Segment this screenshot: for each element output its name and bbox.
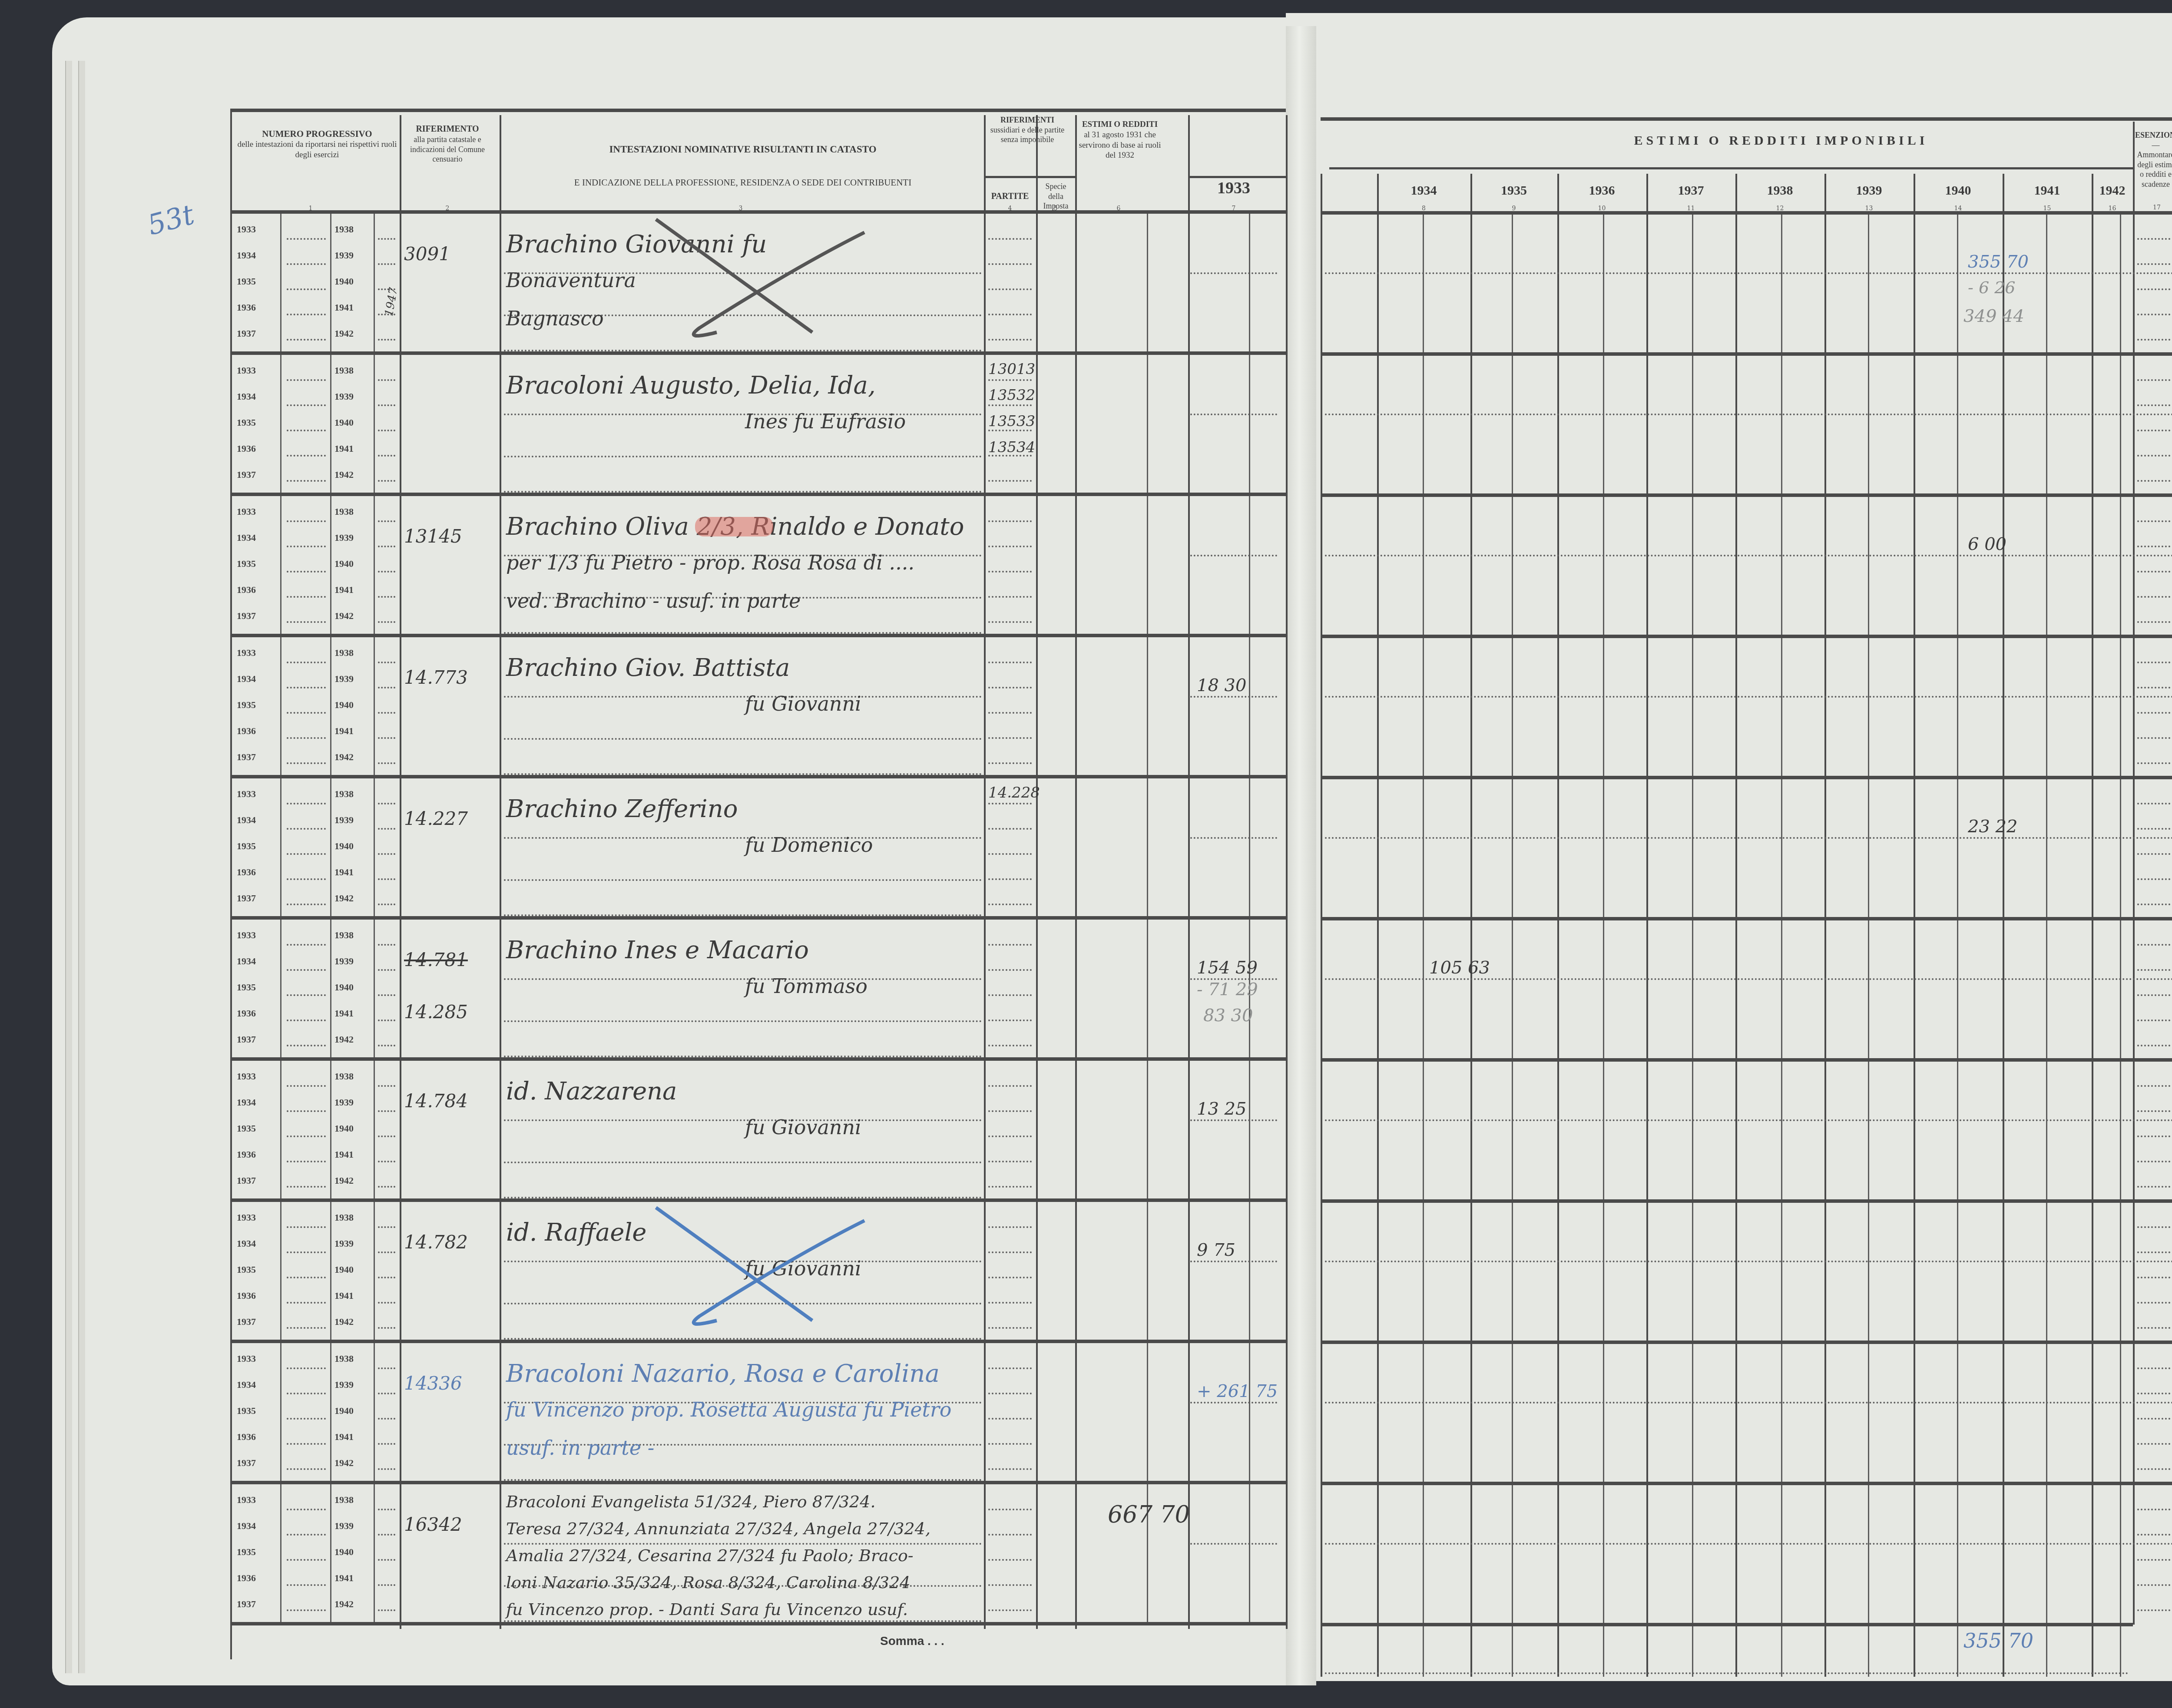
- column-rule: [1914, 174, 1915, 1677]
- column-rule: [1646, 174, 1648, 1677]
- dotted-line: [287, 238, 326, 240]
- column-rule: [1377, 174, 1379, 1677]
- year-label: 1933: [237, 930, 256, 941]
- colnum-11: 11: [1646, 205, 1735, 212]
- partita-number: 14.782: [404, 1231, 468, 1253]
- dotted-line: [988, 263, 1032, 265]
- dotted-line: [2137, 878, 2172, 880]
- dotted-line: [378, 1020, 395, 1021]
- dotted-line: [1190, 1119, 1277, 1121]
- value-1935: 105 63: [1429, 958, 1490, 978]
- page-edges-left: [65, 61, 72, 1673]
- dotted-line: [2137, 1161, 2172, 1162]
- taxpayer-name-line: fu Domenico: [745, 833, 873, 857]
- header-col2: RIFERIMENTO alla partita catastale e ind…: [400, 124, 495, 164]
- dotted-line: [2137, 687, 2172, 688]
- dotted-line: [2137, 455, 2172, 457]
- dotted-line: [504, 1162, 982, 1163]
- header-col6-title: ESTIMI O REDDITI: [1076, 119, 1163, 130]
- dotted-line: [988, 853, 1032, 855]
- column-rule: [1321, 174, 1322, 1677]
- dotted-line: [1190, 837, 1277, 839]
- dotted-line: [287, 1085, 326, 1087]
- value-1941-total: 349 44: [1963, 306, 2024, 326]
- dotted-line: [988, 379, 1032, 381]
- header-top-rule: [230, 109, 1286, 112]
- value-1941: 23 22: [1968, 817, 2018, 837]
- dotted-line: [378, 621, 395, 623]
- column-rule: [984, 115, 986, 1629]
- year-label: 1934: [237, 532, 256, 543]
- year-label: 1941: [334, 725, 354, 737]
- header-sub-rule: [1329, 167, 2133, 169]
- column-rule: [400, 115, 401, 1629]
- dotted-line: [287, 1393, 326, 1394]
- dotted-line: [2137, 1393, 2172, 1394]
- year-label: 1933: [237, 506, 256, 517]
- dotted-line: [378, 1226, 395, 1228]
- dotted-line: [378, 1418, 395, 1420]
- year-label: 1935: [237, 1264, 256, 1275]
- dotted-line: [287, 520, 326, 522]
- dotted-line: [287, 1161, 326, 1162]
- total-1941-value: 355 70: [1963, 1629, 2033, 1652]
- value-1941: 355 70: [1968, 252, 2029, 272]
- dotted-line: [504, 978, 982, 980]
- value-1932: 667 70: [1108, 1501, 1190, 1528]
- dotted-line: [2137, 737, 2172, 739]
- taxpayer-name-line: Bracoloni Evangelista 51/324, Piero 87/3…: [506, 1492, 876, 1511]
- row-rule: [230, 1057, 1286, 1061]
- taxpayer-name-line: per 1/3 fu Pietro - prop. Rosa Rosa di .…: [506, 551, 914, 574]
- dotted-line: [378, 1110, 395, 1112]
- row-rule: [230, 634, 1286, 637]
- dotted-line: [2137, 662, 2172, 663]
- dotted-line: [378, 969, 395, 971]
- dotted-line: [2137, 571, 2172, 573]
- year-label: 1939: [334, 814, 354, 826]
- dotted-line: [287, 621, 326, 623]
- dotted-line: [988, 339, 1032, 341]
- dotted-line: [378, 662, 395, 663]
- year-label: 1937: [237, 893, 256, 904]
- dotted-line: [2137, 621, 2172, 623]
- dotted-line: [378, 1393, 395, 1394]
- year-header-1941: 1941: [2003, 182, 2092, 199]
- header-col6: ESTIMI O REDDITI al 31 agosto 1931 che s…: [1076, 119, 1163, 161]
- year-label: 1934: [237, 391, 256, 402]
- column-subrule: [1868, 213, 1869, 1677]
- dotted-line: [287, 994, 326, 996]
- dotted-line: [2137, 288, 2172, 290]
- colnum-12: 12: [1735, 205, 1824, 212]
- dotted-line: [287, 430, 326, 431]
- dotted-line: [988, 1251, 1032, 1253]
- partita-number: 3091: [404, 243, 450, 265]
- partite-reference: 13533: [988, 413, 1035, 430]
- dotted-line: [287, 1468, 326, 1470]
- dotted-line: [287, 803, 326, 804]
- header-col1: NUMERO PROGRESSIVO delle intestazioni da…: [235, 128, 400, 160]
- dotted-line: [988, 546, 1032, 547]
- dotted-line: [287, 314, 326, 315]
- row-rule: [230, 1198, 1286, 1202]
- year-label: 1942: [334, 893, 354, 904]
- year-label: 1936: [237, 443, 256, 454]
- dotted-line: [988, 1584, 1032, 1586]
- dotted-line: [504, 456, 982, 457]
- taxpayer-name-line: loni Nazario 35/324, Rosa 8/324, Carolin…: [506, 1573, 911, 1592]
- partita-number: 14.781: [404, 949, 468, 970]
- header-esenzioni: ESENZIONI — Ammontare degli estimi o red…: [2135, 130, 2172, 189]
- partita-number: 14.227: [404, 808, 468, 829]
- value-1941: 6 00: [1968, 534, 2006, 554]
- year-label: 1936: [237, 1431, 256, 1443]
- year-header-1935: 1935: [1470, 182, 1557, 199]
- dotted-line: [1325, 1261, 2172, 1262]
- colnum-4: 4: [1003, 205, 1016, 212]
- row-rule: [230, 1481, 1286, 1484]
- year-label: 1938: [334, 788, 354, 800]
- taxpayer-name-line: Ines fu Eufrasio: [745, 410, 906, 433]
- column-rule: [1036, 115, 1038, 1629]
- row-rule: [1321, 635, 2172, 638]
- dotted-line: [378, 1135, 395, 1137]
- taxpayer-name-line: Bracoloni Nazario, Rosa e Carolina: [506, 1360, 940, 1388]
- dotted-line: [378, 712, 395, 714]
- dotted-line: [378, 904, 395, 905]
- column-subrule: [1692, 213, 1693, 1677]
- year-label: 1941: [334, 1290, 354, 1301]
- dotted-line: [1325, 1402, 2172, 1403]
- dotted-line: [2137, 944, 2172, 946]
- year-label: 1941: [334, 1431, 354, 1443]
- right-page: [1286, 13, 2172, 1681]
- year-label: 1938: [334, 365, 354, 376]
- year-label: 1941: [334, 867, 354, 878]
- value-1933: 13 25: [1197, 1099, 1247, 1119]
- partite-reference: 13013: [988, 361, 1035, 378]
- dotted-line: [287, 969, 326, 971]
- dotted-line: [287, 1277, 326, 1278]
- header-top-rule: [1321, 117, 2172, 121]
- dotted-line: [378, 853, 395, 855]
- dotted-line: [2137, 1418, 2172, 1420]
- taxpayer-name-line: id. Raffaele: [506, 1218, 646, 1247]
- dotted-line: [504, 738, 982, 740]
- year-label: 1936: [237, 1572, 256, 1584]
- taxpayer-name-line: Bonaventura: [506, 268, 636, 292]
- dotted-line: [988, 1161, 1032, 1162]
- dotted-line: [2137, 803, 2172, 804]
- year-label: 1933: [237, 1212, 256, 1223]
- year-label: 1936: [237, 867, 256, 878]
- dotted-line: [287, 762, 326, 764]
- dotted-line: [504, 1020, 982, 1022]
- header-esenzioni-sub: — Ammontare degli estimi o redditi e sca…: [2135, 140, 2172, 189]
- dotted-line: [988, 969, 1032, 971]
- dotted-line: [378, 480, 395, 482]
- dotted-line: [287, 1110, 326, 1112]
- year-label: 1940: [334, 558, 354, 569]
- year-label: 1935: [237, 841, 256, 852]
- dotted-line: [378, 994, 395, 996]
- dotted-line: [287, 1509, 326, 1510]
- dotted-line: [988, 596, 1032, 598]
- year-label: 1938: [334, 1353, 354, 1364]
- partite-reference: 14.228: [988, 784, 1040, 801]
- year-label: 1942: [334, 469, 354, 480]
- partita-number: 14.784: [404, 1090, 468, 1112]
- year-label: 1942: [334, 1599, 354, 1610]
- row-rule: [230, 1340, 1286, 1343]
- dotted-line: [988, 1609, 1032, 1611]
- dotted-line: [988, 1509, 1032, 1510]
- partita-number: 14.773: [404, 667, 468, 688]
- dotted-line: [2137, 1186, 2172, 1188]
- year-label: 1937: [237, 1599, 256, 1610]
- dotted-line: [988, 878, 1032, 880]
- year-label: 1939: [334, 1379, 354, 1390]
- dotted-line: [504, 414, 982, 415]
- partite-reference: 13534: [988, 439, 1035, 456]
- dotted-line: [988, 520, 1032, 522]
- dotted-line: [988, 480, 1032, 482]
- column-subrule: [2120, 213, 2121, 1677]
- dotted-line: [1325, 414, 2172, 415]
- header-col7: 1933: [1188, 178, 1279, 199]
- header-col1-title: NUMERO PROGRESSIVO: [235, 128, 400, 139]
- year-label: 1938: [334, 1494, 354, 1506]
- year-label: 1942: [334, 1034, 354, 1045]
- year-label: 1938: [334, 930, 354, 941]
- dotted-line: [2137, 1584, 2172, 1586]
- dotted-line: [378, 596, 395, 598]
- column-rule: [500, 115, 501, 1629]
- year-label: 1942: [334, 1175, 354, 1186]
- row-rule: [1321, 493, 2172, 497]
- dotted-line: [1190, 696, 1277, 698]
- dotted-line: [1325, 272, 2172, 274]
- dotted-line: [988, 1468, 1032, 1470]
- taxpayer-name-line: fu Tommaso: [745, 974, 867, 998]
- dotted-line: [1325, 978, 2172, 980]
- year-label: 1934: [237, 814, 256, 826]
- year-label: 1939: [334, 956, 354, 967]
- dotted-line: [988, 1534, 1032, 1536]
- year-label: 1935: [237, 417, 256, 428]
- dotted-line: [378, 1559, 395, 1561]
- year-label: 1941: [334, 1008, 354, 1019]
- year-label: 1940: [334, 1264, 354, 1275]
- dotted-line: [988, 1226, 1032, 1228]
- dotted-line: [504, 1119, 982, 1121]
- year-label: 1937: [237, 1457, 256, 1469]
- dotted-line: [287, 904, 326, 905]
- dotted-line: [988, 1367, 1032, 1369]
- dotted-line: [287, 1609, 326, 1611]
- dotted-line: [378, 1186, 395, 1188]
- taxpayer-name-line: fu Giovanni: [745, 692, 861, 715]
- year-label: 1941: [334, 302, 354, 313]
- dotted-line: [2137, 596, 2172, 598]
- value-1933: 18 30: [1197, 675, 1247, 695]
- row-rule: [1321, 1482, 2172, 1485]
- header-col3-sub: E INDICAZIONE DELLA PROFESSIONE, RESIDEN…: [504, 177, 982, 188]
- year-label: 1939: [334, 1097, 354, 1108]
- dotted-line: [378, 1327, 395, 1329]
- colnum-6: 6: [1112, 205, 1125, 212]
- row-rule: [230, 210, 1286, 214]
- dotted-line: [378, 379, 395, 381]
- dotted-line: [378, 520, 395, 522]
- dotted-line: [504, 1543, 982, 1545]
- dotted-line: [988, 1443, 1032, 1445]
- year-label: 1941: [334, 1149, 354, 1160]
- dotted-line: [287, 1418, 326, 1420]
- taxpayer-name-line: fu Giovanni: [745, 1115, 861, 1139]
- year-label: 1939: [334, 1238, 354, 1249]
- dotted-line: [988, 662, 1032, 663]
- year-header-1936: 1936: [1557, 182, 1646, 199]
- colnum-7: 7: [1227, 205, 1240, 212]
- value-1933-total: 83 30: [1203, 1006, 1253, 1026]
- row-rule: [1321, 917, 2172, 920]
- year-header-1937: 1937: [1646, 182, 1735, 199]
- dotted-line: [287, 1226, 326, 1228]
- year-label: 1935: [237, 699, 256, 711]
- dotted-line: [378, 1609, 395, 1611]
- dotted-line: [988, 404, 1032, 406]
- dotted-line: [287, 737, 326, 739]
- taxpayer-name-line: Brachino Zefferino: [506, 795, 738, 823]
- year-label: 1935: [237, 982, 256, 993]
- dotted-line: [988, 994, 1032, 996]
- colnum-13: 13: [1824, 205, 1914, 212]
- year-label: 1938: [334, 1212, 354, 1223]
- partita-number: 16342: [404, 1514, 462, 1535]
- header-col45: RIFERIMENTI sussidiari e delle partite s…: [986, 115, 1069, 145]
- dotted-line: [287, 288, 326, 290]
- value-1933: + 261 75: [1197, 1381, 1278, 1401]
- column-rule: [2092, 174, 2093, 1677]
- header-col2-sub: alla partita catastale e indicazioni del…: [400, 135, 495, 164]
- year-label: 1936: [237, 725, 256, 737]
- row-rule: [230, 775, 1286, 778]
- year-label: 1937: [237, 1175, 256, 1186]
- year-label: 1942: [334, 1457, 354, 1469]
- dotted-line: [287, 662, 326, 663]
- dotted-line: [988, 1327, 1032, 1329]
- value-1933-adjustment: - 71 29: [1197, 980, 1258, 1000]
- dotted-line: [2137, 1110, 2172, 1112]
- dotted-line: [287, 546, 326, 547]
- year-label: 1935: [237, 1123, 256, 1134]
- year-label: 1938: [334, 506, 354, 517]
- dotted-line: [2137, 1045, 2172, 1046]
- dotted-line: [2137, 1534, 2172, 1536]
- partita-number: 13145: [404, 526, 462, 547]
- column-rule: [1824, 174, 1826, 1677]
- year-label: 1933: [237, 365, 256, 376]
- dotted-line: [287, 1251, 326, 1253]
- year-label: 1941: [334, 443, 354, 454]
- colnum-14: 14: [1914, 205, 2003, 212]
- dotted-line: [378, 762, 395, 764]
- dotted-line: [378, 263, 395, 265]
- dotted-line: [988, 1135, 1032, 1137]
- year-label: 1936: [237, 1290, 256, 1301]
- colnum-17: 17: [2150, 204, 2163, 211]
- dotted-line: [2137, 1327, 2172, 1329]
- column-rule: [230, 111, 232, 1659]
- taxpayer-name-line: Brachino Ines e Macario: [506, 936, 809, 964]
- dotted-line: [287, 480, 326, 482]
- year-label: 1935: [237, 1405, 256, 1417]
- colnum-5: 5: [1049, 205, 1062, 212]
- dotted-line: [988, 1302, 1032, 1304]
- dotted-line: [2137, 1251, 2172, 1253]
- dotted-line: [2137, 520, 2172, 522]
- year-label: 1940: [334, 417, 354, 428]
- header-col45-sub: sussidiari e delle partite senza imponib…: [986, 125, 1069, 145]
- dotted-line: [378, 1045, 395, 1046]
- year-label: 1942: [334, 751, 354, 763]
- dotted-line: [2137, 712, 2172, 714]
- year-label: 1934: [237, 956, 256, 967]
- year-label: 1942: [334, 610, 354, 622]
- dotted-line: [988, 1559, 1032, 1561]
- colnum-15: 15: [2003, 205, 2092, 212]
- year-label: 1942: [334, 1316, 354, 1327]
- dotted-line: [504, 696, 982, 698]
- year-label: 1939: [334, 391, 354, 402]
- dotted-line: [2137, 339, 2172, 341]
- dotted-line: [988, 904, 1032, 905]
- dotted-line: [378, 546, 395, 547]
- column-subrule: [1957, 213, 1958, 1677]
- dotted-line: [988, 1277, 1032, 1278]
- year-header-1938: 1938: [1735, 182, 1824, 199]
- year-label: 1933: [237, 1071, 256, 1082]
- year-label: 1939: [334, 532, 354, 543]
- colnum-9: 9: [1470, 205, 1557, 212]
- dotted-line: [2137, 1020, 2172, 1021]
- red-crayon-mark: [695, 517, 773, 536]
- taxpayer-name-line: usuf. in parte -: [506, 1436, 654, 1460]
- value-1941-adjustment: - 6 26: [1968, 278, 2016, 297]
- year-label: 1935: [237, 276, 256, 287]
- year-label: 1940: [334, 276, 354, 287]
- year-label: 1933: [237, 1353, 256, 1364]
- year-label: 1937: [237, 469, 256, 480]
- colnum-3: 3: [734, 205, 747, 212]
- dotted-line: [2137, 1135, 2172, 1137]
- cancellation-x-mark: [630, 215, 912, 345]
- dotted-line: [2137, 853, 2172, 855]
- dotted-line: [378, 1161, 395, 1162]
- dotted-line: [988, 288, 1032, 290]
- header-col3-title: INTESTAZIONI NOMINATIVE RISULTANTI IN CA…: [504, 143, 982, 156]
- row-rule: [1321, 352, 2172, 356]
- dotted-line: [988, 1418, 1032, 1420]
- dotted-line: [378, 1251, 395, 1253]
- taxpayer-name-line: Amalia 27/324, Cesarina 27/324 fu Paolo;…: [506, 1546, 914, 1565]
- dotted-line: [287, 379, 326, 381]
- dotted-line: [2137, 238, 2172, 240]
- dotted-line: [1190, 1402, 1277, 1403]
- column-rule: [1286, 115, 1288, 1629]
